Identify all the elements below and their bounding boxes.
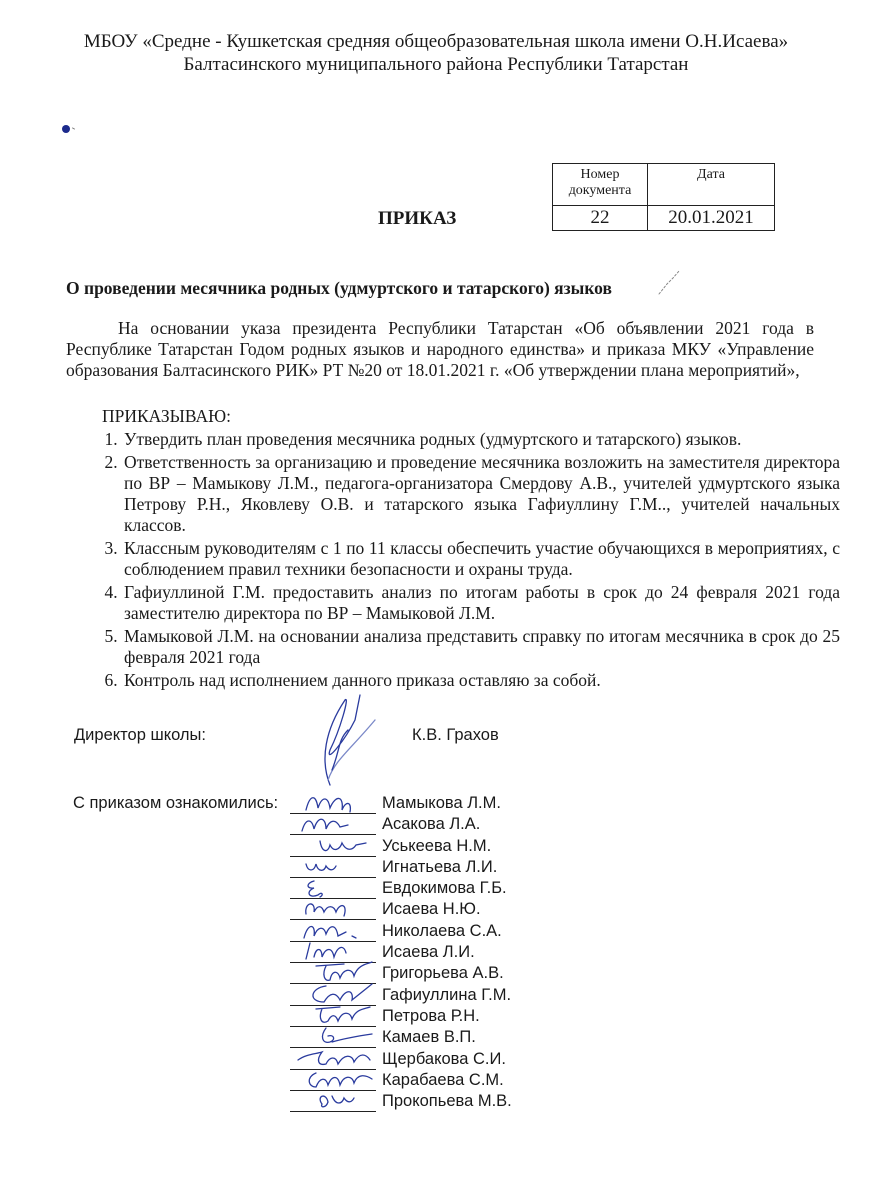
doc-date-header: Дата <box>648 164 775 206</box>
director-name: К.В. Грахов <box>412 726 499 745</box>
document-page: МБОУ «Средне - Кушкетская средняя общеоб… <box>0 0 872 1200</box>
ack-name: Исаева Н.Ю. <box>382 900 481 919</box>
order-item: Контроль над исполнением данного приказа… <box>122 670 840 691</box>
pen-mark-icon <box>655 268 685 298</box>
order-word: ПРИКАЗЫВАЮ: <box>102 406 231 427</box>
order-item: Ответственность за организацию и проведе… <box>122 452 840 536</box>
ack-name: Григорьева А.В. <box>382 964 504 983</box>
order-item: Классным руководителям с 1 по 11 классы … <box>122 538 840 580</box>
doc-number-value: 22 <box>553 206 648 231</box>
document-info-table: Номер документа Дата 22 20.01.2021 <box>552 163 775 231</box>
ack-name: Уськеева Н.М. <box>382 837 491 856</box>
ack-name: Прокопьева М.В. <box>382 1092 512 1111</box>
doc-number-header: Номер документа <box>553 164 648 206</box>
order-item: Мамыковой Л.М. на основании анализа пред… <box>122 626 840 668</box>
preamble: На основании указа президента Республики… <box>66 318 814 381</box>
school-header: МБОУ «Средне - Кушкетская средняя общеоб… <box>0 30 872 76</box>
order-item: Утвердить план проведения месячника родн… <box>122 429 840 450</box>
ack-name: Гафиуллина Г.М. <box>382 986 511 1005</box>
ack-name: Асакова Л.А. <box>382 815 480 834</box>
ack-row: Прокопьева М.В. <box>290 1092 590 1113</box>
ack-name: Петрова Р.Н. <box>382 1007 480 1026</box>
doc-date-value: 20.01.2021 <box>648 206 775 231</box>
acknowledged-list: Мамыкова Л.М. Асакова Л.А. Уськеева Н.М.… <box>290 794 590 1113</box>
acknowledged-label: С приказом ознакомились: <box>73 794 278 813</box>
ack-name: Щербакова С.И. <box>382 1050 506 1069</box>
page-title: ПРИКАЗ <box>378 208 456 230</box>
order-items-list: Утвердить план проведения месячника родн… <box>96 429 840 693</box>
director-label: Директор школы: <box>74 726 206 745</box>
order-item: Гафиуллиной Г.М. предоставить анализ по … <box>122 582 840 624</box>
preamble-text: На основании указа президента Республики… <box>66 318 814 381</box>
ack-name: Мамыкова Л.М. <box>382 794 501 813</box>
ack-name: Игнатьева Л.И. <box>382 858 497 877</box>
ack-name: Камаев В.П. <box>382 1028 476 1047</box>
director-signature-icon <box>300 690 380 790</box>
header-line-1: МБОУ «Средне - Кушкетская средняя общеоб… <box>0 30 872 53</box>
ack-name: Исаева Л.И. <box>382 943 475 962</box>
order-subject: О проведении месячника родных (удмуртско… <box>66 278 612 299</box>
ink-blot-icon <box>62 125 70 133</box>
ink-speck-icon <box>72 127 75 129</box>
ack-name: Карабаева С.М. <box>382 1071 504 1090</box>
header-line-2: Балтасинского муниципального района Респ… <box>0 53 872 76</box>
handwritten-signature-icon <box>296 1088 376 1112</box>
ack-name: Евдокимова Г.Б. <box>382 879 507 898</box>
ack-name: Николаева С.А. <box>382 922 502 941</box>
